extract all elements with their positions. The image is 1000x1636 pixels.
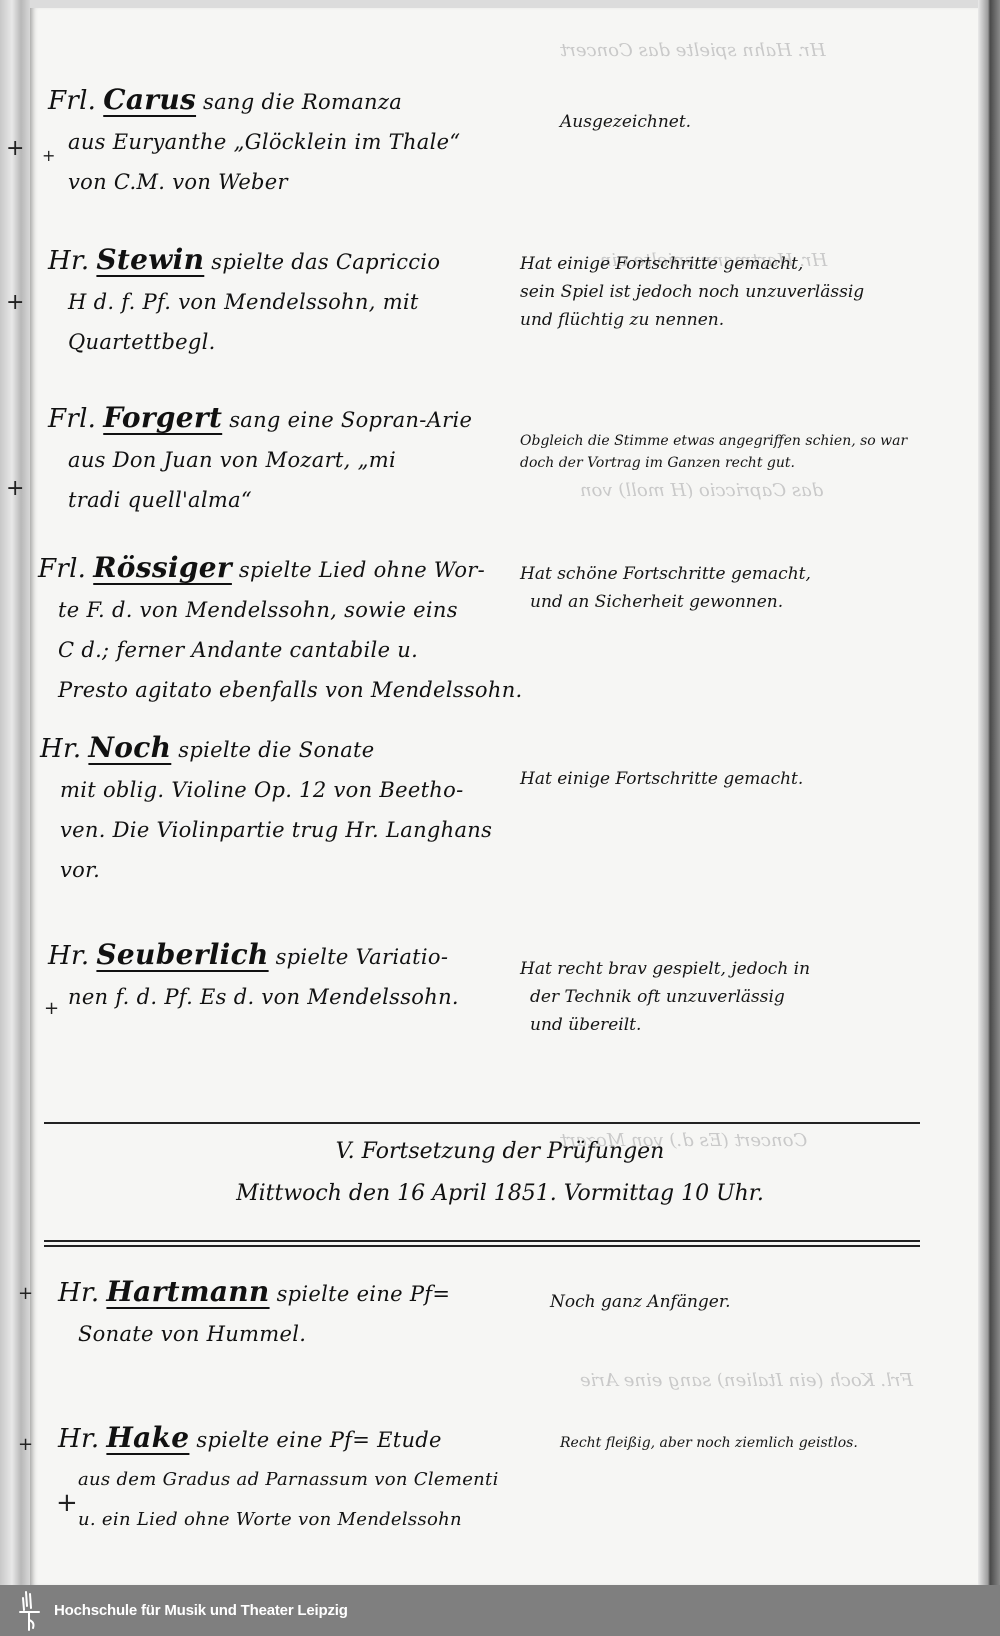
institution-name: Hochschule für Musik und Theater Leipzig xyxy=(54,1602,348,1619)
entry-text: vor. xyxy=(40,850,510,890)
examiner-comment: Hat einige Fortschritte gemacht, sein Sp… xyxy=(520,250,920,334)
entry-roessiger: Frl. Rössiger spielte Lied ohne Wor- te … xyxy=(38,548,508,710)
entry-title: Hr. xyxy=(40,734,81,764)
section-heading: V. Fortsetzung der Prüfungen xyxy=(200,1130,800,1174)
entry-title: Hr. xyxy=(58,1278,99,1308)
entry-text: tradi quell'alma“ xyxy=(48,480,518,520)
entry-text: sang eine Sopran-Arie xyxy=(229,408,472,432)
margin-cross-mark: + xyxy=(6,292,24,314)
entry-text: ven. Die Violinpartie trug Hr. Langhans xyxy=(40,810,510,850)
entry-title: Hr. xyxy=(48,246,89,276)
hmt-logo-icon xyxy=(10,1589,50,1633)
entry-text: von C.M. von Weber xyxy=(48,162,518,202)
entry-carus: Frl. Carus sang die Romanza aus Euryanth… xyxy=(48,80,518,202)
footer-bar: Hochschule für Musik und Theater Leipzig xyxy=(0,1585,1000,1636)
margin-cross-mark: + xyxy=(6,138,24,160)
entry-hartmann: Hr. Hartmann spielte eine Pf= Sonate von… xyxy=(58,1272,528,1354)
entry-text: spielte eine Pf= xyxy=(277,1282,451,1306)
examiner-comment: Hat recht brav gespielt, jedoch in der T… xyxy=(520,955,920,1039)
entry-title: Frl. xyxy=(48,86,96,116)
entry-text: Quartettbegl. xyxy=(48,322,518,362)
entry-hake: Hr. Hake spielte eine Pf= Etude aus dem … xyxy=(58,1418,528,1540)
entry-noch: Hr. Noch spielte die Sonate mit oblig. V… xyxy=(40,728,510,890)
performer-name: Hartmann xyxy=(106,1275,269,1308)
entry-text: te F. d. von Mendelssohn, sowie eins xyxy=(38,590,508,630)
performer-name: Hake xyxy=(106,1421,189,1454)
entry-title: Hr. xyxy=(48,941,89,971)
section-double-divider xyxy=(44,1240,920,1247)
margin-cross-mark: + xyxy=(6,478,24,500)
entry-text: u. ein Lied ohne Worte von Mendelssohn xyxy=(58,1500,528,1540)
entry-text: spielte Lied ohne Wor- xyxy=(239,558,485,582)
entry-text: H d. f. Pf. von Mendelssohn, mit xyxy=(48,282,518,322)
entry-title: Hr. xyxy=(58,1424,99,1454)
examiner-comment: Noch ganz Anfänger. xyxy=(550,1288,950,1316)
entry-text: spielte das Capriccio xyxy=(211,250,440,274)
section-date: Mittwoch den 16 April 1851. Vormittag 10… xyxy=(200,1172,800,1216)
entry-text: spielte Variatio- xyxy=(276,945,449,969)
performer-name: Seuberlich xyxy=(96,938,268,971)
entry-title: Frl. xyxy=(48,404,96,434)
section-divider xyxy=(44,1122,920,1124)
page-edge xyxy=(978,0,1000,1585)
margin-cross-mark: + xyxy=(18,1285,33,1303)
performer-name: Noch xyxy=(88,731,171,764)
entry-text: sang die Romanza xyxy=(203,90,402,114)
entry-text: aus Don Juan von Mozart, „mi xyxy=(48,440,518,480)
examiner-comment: Obgleich die Stimme etwas angegriffen sc… xyxy=(520,430,920,474)
entry-seuberlich: Hr. Seuberlich spielte Variatio- nen f. … xyxy=(48,935,518,1017)
entry-text: spielte die Sonate xyxy=(178,738,374,762)
entry-text: Presto agitato ebenfalls von Mendelssohn… xyxy=(38,670,508,710)
margin-cross-mark: + xyxy=(18,1436,33,1454)
entry-text: Sonate von Hummel. xyxy=(58,1314,528,1354)
performer-name: Rössiger xyxy=(93,551,232,584)
entry-text: aus Euryanthe „Glöcklein im Thale“ xyxy=(48,122,518,162)
book-spine xyxy=(0,0,30,1585)
examiner-comment: Hat schöne Fortschritte gemacht, und an … xyxy=(520,560,920,616)
examiner-comment: Hat einige Fortschritte gemacht. xyxy=(520,765,920,793)
performer-name: Forgert xyxy=(103,401,222,434)
entry-forgert: Frl. Forgert sang eine Sopran-Arie aus D… xyxy=(48,398,518,520)
performer-name: Stewin xyxy=(96,243,204,276)
entry-text: C d.; ferner Andante cantabile u. xyxy=(38,630,508,670)
entry-title: Frl. xyxy=(38,554,86,584)
entry-text: nen f. d. Pf. Es d. von Mendelssohn. xyxy=(48,977,518,1017)
examiner-comment: Recht fleißig, aber noch ziemlich geistl… xyxy=(560,1432,960,1454)
examiner-comment: Ausgezeichnet. xyxy=(560,108,960,136)
performer-name: Carus xyxy=(103,83,196,116)
entry-stewin: Hr. Stewin spielte das Capriccio H d. f.… xyxy=(48,240,518,362)
entry-text: mit oblig. Violine Op. 12 von Beetho- xyxy=(40,770,510,810)
entry-text: spielte eine Pf= Etude xyxy=(196,1428,441,1452)
entry-text: aus dem Gradus ad Parnassum von Clementi xyxy=(58,1460,528,1500)
